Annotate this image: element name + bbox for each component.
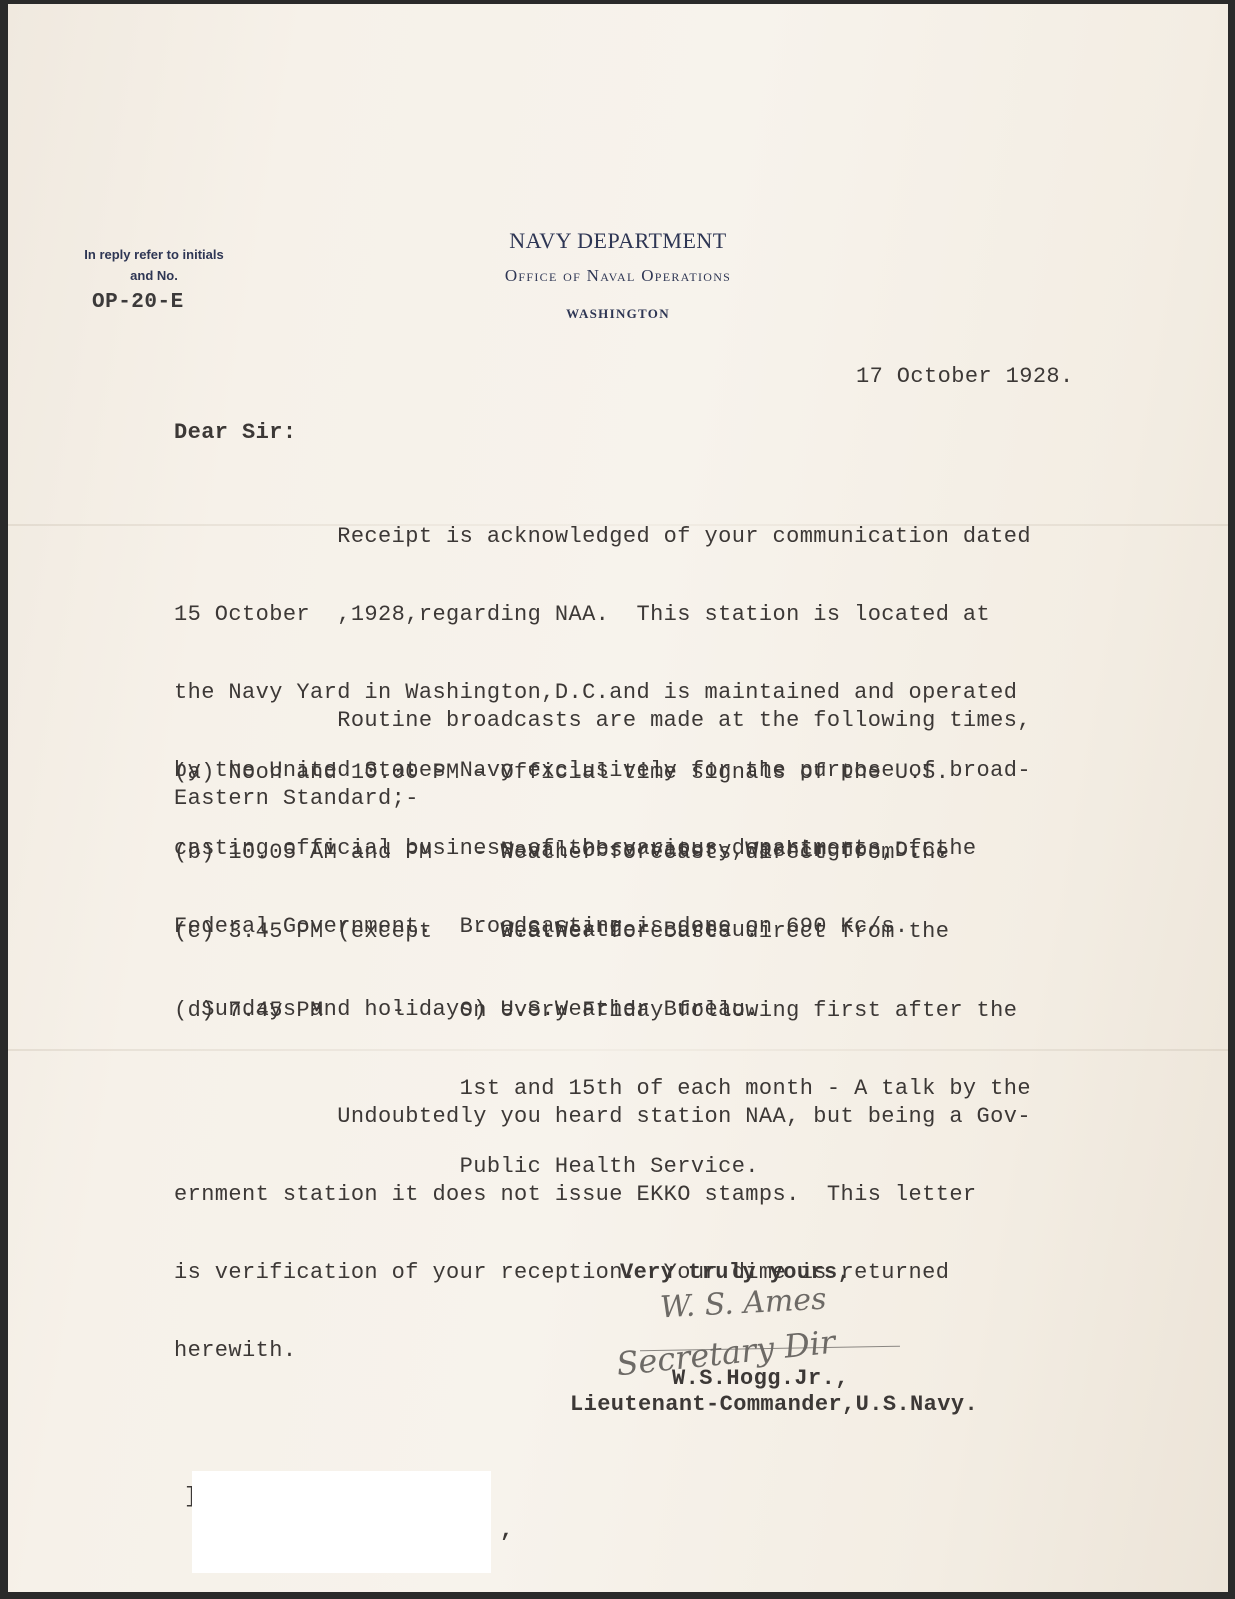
- letterhead-city: WASHINGTON: [388, 306, 848, 322]
- text-line: is verification of your reception. Your …: [174, 1260, 1031, 1286]
- text-line: 15 October ,1928,regarding NAA. This sta…: [174, 602, 1031, 628]
- text-line: (d) 7.45 PM - On every Friday following …: [174, 998, 1031, 1024]
- letter-page: In reply refer to initials and No. OP-20…: [8, 4, 1228, 1592]
- salutation: Dear Sir:: [174, 420, 296, 445]
- text-line: ernment station it does not issue EKKO s…: [174, 1182, 1031, 1208]
- letter-date: 17 October 1928.: [856, 364, 1074, 389]
- address-fragment-right: ,: [500, 1518, 514, 1543]
- letterhead-office: Office of Naval Operations: [388, 266, 848, 286]
- text-line: (b) 10.05 AM and PM - Weather forecasts …: [174, 840, 949, 866]
- paragraph-verification: Undoubtedly you heard station NAA, but b…: [174, 1052, 1031, 1416]
- text-line: herewith.: [174, 1338, 1031, 1364]
- reply-reference-line2: and No.: [64, 265, 244, 286]
- reference-code: OP-20-E: [92, 291, 184, 314]
- text-line: (a) Noon and 10.00 PM - Official time si…: [174, 760, 949, 786]
- signatory-rank: Lieutenant-Commander,U.S.Navy.: [570, 1392, 978, 1417]
- redaction-box: [192, 1471, 491, 1573]
- text-line: (c) 3.45 PM (except - Weather forecasts …: [174, 919, 949, 945]
- text-line: Receipt is acknowledged of your communic…: [174, 524, 1031, 550]
- reply-reference-line1: In reply refer to initials: [64, 244, 244, 265]
- text-line: Undoubtedly you heard station NAA, but b…: [174, 1104, 1031, 1130]
- letterhead-department: NAVY DEPARTMENT: [388, 228, 848, 254]
- signatory-name: W.S.Hogg.Jr.,: [672, 1366, 849, 1391]
- reply-reference: In reply refer to initials and No.: [64, 244, 244, 286]
